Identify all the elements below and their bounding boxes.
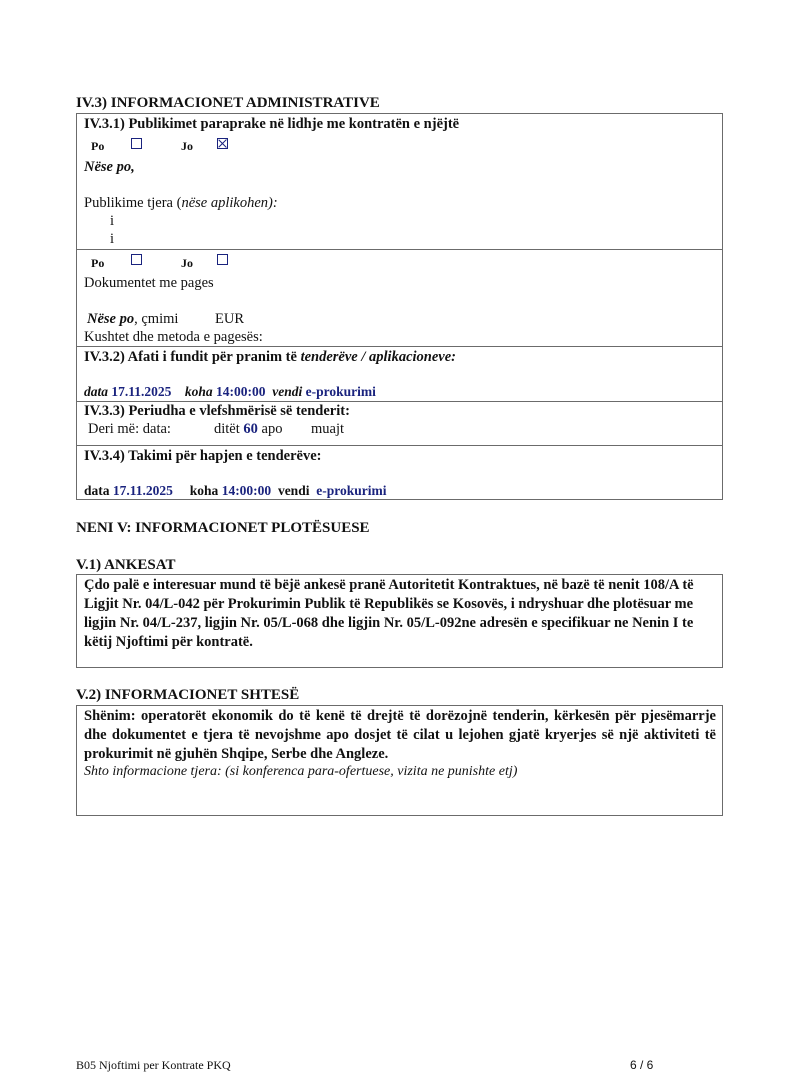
- publikime-text: Publikime tjera (: [84, 195, 181, 211]
- iv32-data-label: data: [84, 384, 108, 399]
- iv34-vendi-value: e-prokurimi: [316, 483, 386, 498]
- iv31-jo-label: Jo: [181, 139, 193, 154]
- iv31-nese-po: Nëse po,: [84, 159, 135, 176]
- iv34-data-label: data: [84, 483, 110, 498]
- docs-jo-label: Jo: [181, 256, 193, 271]
- iv32-title-bold: IV.3.2) Afati i fundit për pranim të: [84, 349, 301, 365]
- iv33-deri: Deri më: data:: [88, 421, 171, 438]
- iv31-jo-checkbox[interactable]: [217, 138, 228, 149]
- row-divider: [77, 445, 722, 446]
- docs-cmimi: , çmimi: [134, 311, 178, 327]
- docs-po-checkbox[interactable]: [131, 254, 142, 265]
- v1-heading: V.1) ANKESAT: [76, 557, 175, 574]
- iv32-title: IV.3.2) Afati i fundit për pranim të ten…: [84, 349, 456, 366]
- row-divider: [77, 401, 722, 402]
- docs-nese-po: Nëse po: [87, 311, 134, 327]
- footer-doc-name: B05 Njoftimi per Kontrate PKQ: [76, 1058, 231, 1073]
- iv32-vendi-value: e-prokurimi: [306, 384, 376, 399]
- v1-box: Çdo palë e interesuar mund të bëjë ankes…: [76, 574, 723, 668]
- iv33-apo: apo: [262, 421, 283, 437]
- docs-currency: EUR: [215, 311, 244, 328]
- row-divider: [77, 346, 722, 347]
- iv31-item-2: i: [110, 231, 114, 248]
- iv34-vendi-label: vendi: [278, 483, 310, 498]
- row-divider: [77, 249, 722, 250]
- iv32-koha-value: 14:00:00: [216, 384, 266, 399]
- v2-text: Shënim: operatorët ekonomik do të kenë t…: [84, 707, 716, 764]
- section-iv3-heading: IV.3) INFORMACIONET ADMINISTRATIVE: [76, 95, 380, 112]
- v2-note: Shto informacione tjera: (si konferenca …: [84, 764, 517, 780]
- iv31-publikime-label: Publikime tjera (nëse aplikohen):: [84, 195, 278, 212]
- docs-po-label: Po: [91, 256, 104, 271]
- v2-box: Shënim: operatorët ekonomik do të kenë t…: [76, 705, 723, 816]
- iv31-po-checkbox[interactable]: [131, 138, 142, 149]
- iv33-ditet-line: ditët 60 apo: [214, 421, 282, 438]
- iv31-item-1: i: [110, 213, 114, 230]
- publikime-italic: nëse aplikohen):: [181, 195, 277, 211]
- iv34-details: data 17.11.2025 koha 14:00:00 vendi e-pr…: [84, 483, 386, 499]
- iv34-koha-value: 14:00:00: [222, 483, 272, 498]
- docs-label: Dokumentet me pages: [84, 275, 214, 292]
- iv31-title: IV.3.1) Publikimet paraprake në lidhje m…: [84, 116, 459, 133]
- iv32-vendi-label: vendi: [272, 384, 302, 399]
- iv31-po-label: Po: [91, 139, 104, 154]
- iv33-title: IV.3.3) Periudha e vlefshmërisë së tende…: [84, 403, 350, 420]
- iv3-table: IV.3.1) Publikimet paraprake në lidhje m…: [76, 113, 723, 500]
- iv34-koha-label: koha: [190, 483, 219, 498]
- iv32-title-italic: tenderëve / aplikacioneve:: [301, 349, 456, 365]
- v2-heading: V.2) INFORMACIONET SHTESË: [76, 687, 299, 704]
- iv33-ditet-value: 60: [243, 421, 258, 437]
- docs-jo-checkbox[interactable]: [217, 254, 228, 265]
- iv32-details: data 17.11.2025 koha 14:00:00 vendi e-pr…: [84, 384, 376, 400]
- iv33-muajt: muajt: [311, 421, 344, 438]
- docs-kushtet: Kushtet dhe metoda e pagesës:: [84, 329, 263, 346]
- iv32-koha-label: koha: [185, 384, 213, 399]
- section-v-heading: NENI V: INFORMACIONET PLOTËSUESE: [76, 520, 370, 537]
- iv33-ditet-label: ditët: [214, 421, 240, 437]
- iv34-title: IV.3.4) Takimi për hapjen e tenderëve:: [84, 448, 322, 465]
- footer-page-number: 6 / 6: [630, 1058, 653, 1072]
- docs-price-line: Nëse po, çmimi: [87, 311, 178, 328]
- v1-text: Çdo palë e interesuar mund të bëjë ankes…: [84, 576, 716, 652]
- iv34-data-value: 17.11.2025: [113, 483, 173, 498]
- iv32-data-value: 17.11.2025: [111, 384, 171, 399]
